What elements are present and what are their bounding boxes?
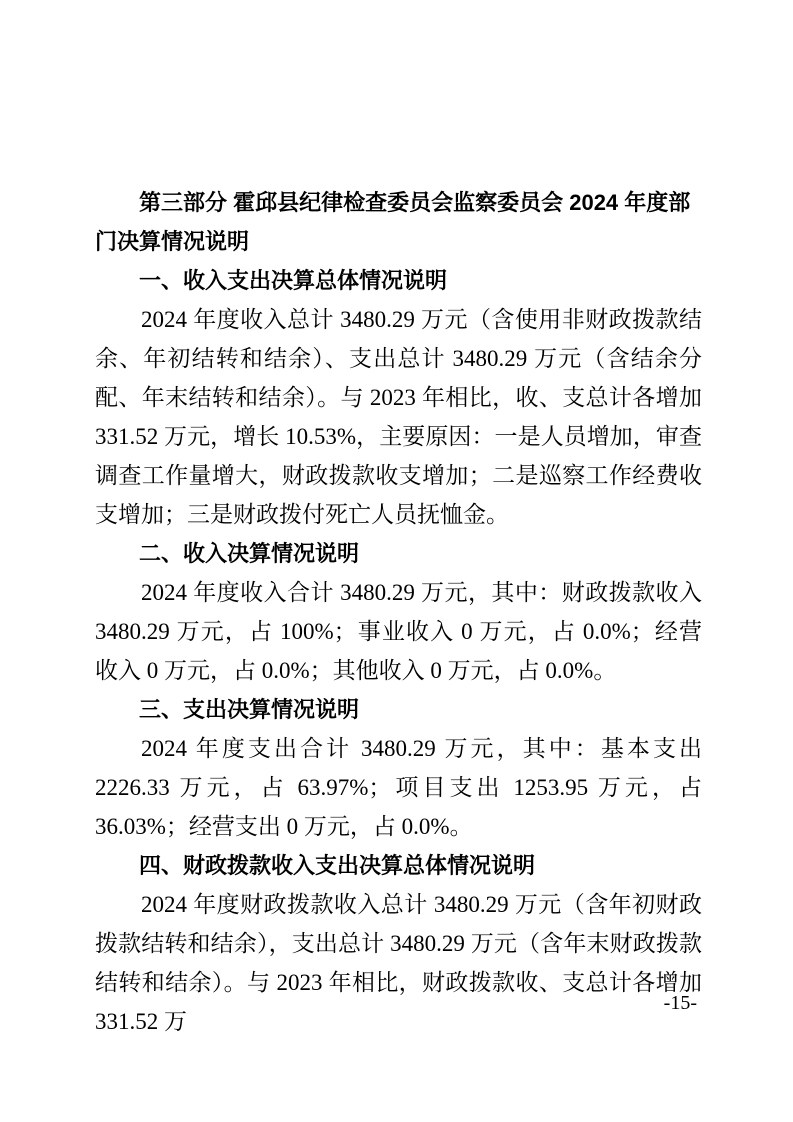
section-2-heading: 二、收入决算情况说明: [95, 534, 702, 573]
section-4-heading: 四、财政拨款收入支出决算总体情况说明: [95, 846, 702, 885]
page-number: -15-: [664, 991, 697, 1015]
section-3-paragraph: 2024 年度支出合计 3480.29 万元，其中：基本支出 2226.33 万…: [95, 729, 702, 846]
section-2-paragraph: 2024 年度收入合计 3480.29 万元，其中：财政拨款收入 3480.29…: [95, 573, 702, 690]
section-1-heading: 一、收入支出决算总体情况说明: [95, 261, 702, 300]
section-1-paragraph: 2024 年度收入总计 3480.29 万元（含使用非财政拨款结余、年初结转和结…: [95, 300, 702, 534]
document-title: 第三部分 霍邱县纪律检查委员会监察委员会 2024 年度部门决算情况说明: [95, 183, 702, 261]
section-4-paragraph: 2024 年度财政拨款收入总计 3480.29 万元（含年初财政拨款结转和结余）…: [95, 885, 702, 1041]
document-body: 第三部分 霍邱县纪律检查委员会监察委员会 2024 年度部门决算情况说明 一、收…: [95, 183, 702, 1041]
document-page: 第三部分 霍邱县纪律检查委员会监察委员会 2024 年度部门决算情况说明 一、收…: [0, 0, 793, 1122]
section-3-heading: 三、支出决算情况说明: [95, 690, 702, 729]
